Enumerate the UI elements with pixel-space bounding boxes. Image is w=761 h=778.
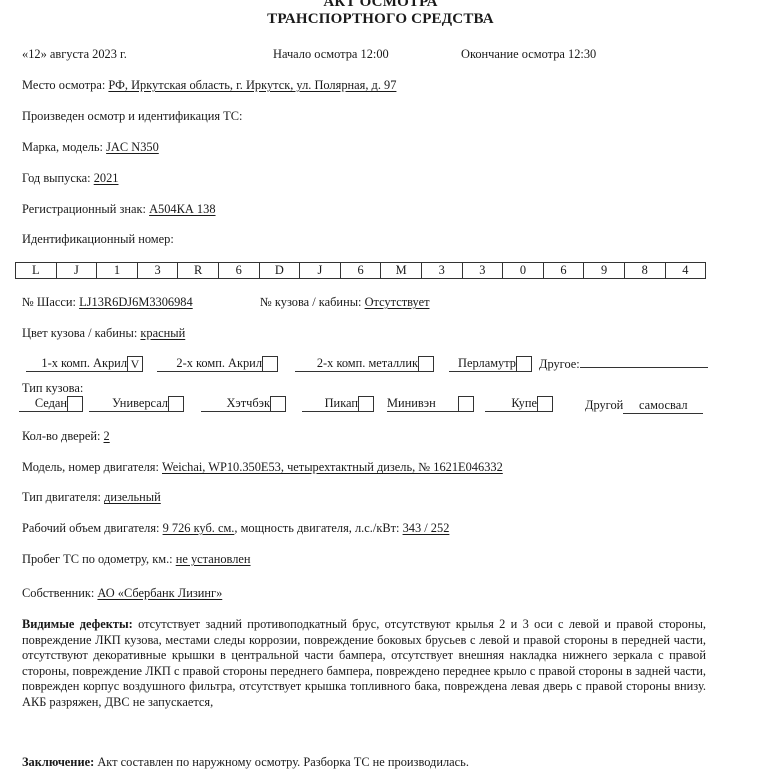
conclusion-row: Заключение: Акт составлен по наружному о… [22, 755, 469, 769]
body-type-label: Тип кузова: [22, 381, 83, 395]
body-color-row: Цвет кузова / кабины: красный [22, 326, 185, 340]
owner-label: Собственник: [22, 586, 94, 600]
body-type-option-label: Минивэн [387, 396, 458, 412]
document-title-line-2: ТРАНСПОРТНОГО СРЕДСТВА [0, 10, 761, 28]
year-row: Год выпуска: 2021 [22, 171, 118, 185]
vin-cell: M [380, 263, 421, 278]
vin-cell: 0 [502, 263, 543, 278]
place-label: Место осмотра: [22, 78, 105, 92]
conclusion-label: Заключение: [22, 755, 94, 769]
year-label: Год выпуска: [22, 171, 91, 185]
start-time: 12:00 [361, 47, 389, 61]
body-type-hatchback[interactable]: Хэтчбэк [201, 396, 286, 412]
body-type-pickup[interactable]: Пикап [302, 396, 374, 412]
body-type-sedan[interactable]: Седан [19, 396, 83, 412]
checkbox[interactable] [168, 396, 184, 412]
chassis-label: № Шасси: [22, 295, 76, 309]
body-type-other: Другойсамосвал [585, 398, 703, 414]
body-color-value: красный [140, 326, 185, 340]
vin-cell: 1 [96, 263, 137, 278]
body-type-other-label: Другой [585, 398, 623, 412]
engine-model-row: Модель, номер двигателя: Weichai, WP10.3… [22, 460, 503, 474]
engine-model-value: Weichai, WP10.350E53, четырехтактный диз… [162, 460, 503, 474]
vin-cell: J [56, 263, 97, 278]
paint-other: Другое: [539, 357, 708, 371]
year-value: 2021 [94, 171, 119, 185]
start-label: Начало осмотра [273, 47, 357, 61]
vin-cell: 6 [218, 263, 259, 278]
body-number-value: Отсутствует [365, 295, 430, 309]
vin-label: Идентификационный номер: [22, 232, 174, 246]
vin-cell: 3 [137, 263, 178, 278]
vin-cell: 9 [583, 263, 624, 278]
checkbox[interactable] [537, 396, 553, 412]
checkbox[interactable] [516, 356, 532, 372]
vin-cell: 4 [665, 263, 706, 278]
paint-option-4[interactable]: Перламутр [449, 356, 532, 372]
make-model-row: Марка, модель: JAC N350 [22, 140, 159, 154]
engine-power-value: 343 / 252 [403, 521, 450, 535]
vin-cell: J [299, 263, 340, 278]
make-model-label: Марка, модель: [22, 140, 103, 154]
paint-other-label: Другое: [539, 357, 580, 371]
body-color-label: Цвет кузова / кабины: [22, 326, 137, 340]
body-number-row: № кузова / кабины: Отсутствует [260, 295, 429, 309]
paint-option-label: 2-х комп. Акрил [157, 356, 262, 372]
checkbox[interactable] [418, 356, 434, 372]
checkbox[interactable] [67, 396, 83, 412]
engine-volume-value: 9 726 куб. см. [163, 521, 235, 535]
place-row: Место осмотра: РФ, Иркутская область, г.… [22, 78, 396, 92]
paint-option-3[interactable]: 2-х комп. металлик [295, 356, 434, 372]
inspection-start: Начало осмотра 12:00 [273, 47, 389, 61]
conclusion-text: Акт составлен по наружному осмотру. Разб… [97, 755, 469, 769]
defects-label: Видимые дефекты: [22, 617, 133, 631]
body-type-option-label: Хэтчбэк [201, 396, 270, 412]
engine-type-label: Тип двигателя: [22, 490, 101, 504]
reg-plate-value: А504КА 138 [149, 202, 215, 216]
body-type-coupe[interactable]: Купе [485, 396, 553, 412]
doors-row: Кол-во дверей: 2 [22, 429, 110, 443]
inspection-note: Произведен осмотр и идентификация ТС: [22, 109, 242, 123]
chassis-value: LJ13R6DJ6M3306984 [79, 295, 193, 309]
paint-other-field[interactable] [580, 366, 708, 368]
make-model-value: JAC N350 [106, 140, 159, 154]
mileage-value: не установлен [176, 552, 251, 566]
reg-plate-row: Регистрационный знак: А504КА 138 [22, 202, 216, 216]
body-type-option-label: Купе [485, 396, 537, 412]
checkbox[interactable] [458, 396, 474, 412]
vin-cell: D [259, 263, 300, 278]
inspection-end: Окончание осмотра 12:30 [461, 47, 596, 61]
paint-option-1[interactable]: 1-х комп. Акрил V [26, 356, 143, 372]
doors-value: 2 [104, 429, 110, 443]
body-type-minivan[interactable]: Минивэн [387, 396, 498, 412]
body-number-label: № кузова / кабины: [260, 295, 361, 309]
vin-cell: 6 [543, 263, 584, 278]
checkbox[interactable] [262, 356, 278, 372]
body-type-option-label: Универсал [89, 396, 168, 412]
checkbox[interactable] [270, 396, 286, 412]
paint-option-label: Перламутр [449, 356, 516, 372]
engine-type-row: Тип двигателя: дизельный [22, 490, 161, 504]
engine-volume-row: Рабочий объем двигателя: 9 726 куб. см.,… [22, 521, 449, 535]
place-value: РФ, Иркутская область, г. Иркутск, ул. П… [108, 78, 396, 92]
body-type-other-field[interactable]: самосвал [623, 398, 703, 414]
vin-table: LJ13R6DJ6M3306984 [15, 262, 706, 279]
vin-cell: 3 [421, 263, 462, 278]
visible-defects: Видимые дефекты: отсутствует задний прот… [22, 617, 706, 711]
mileage-row: Пробег ТС по одометру, км.: не установле… [22, 552, 251, 566]
engine-model-label: Модель, номер двигателя: [22, 460, 159, 474]
engine-power-label: , мощность двигателя, л.с./кВт: [234, 521, 399, 535]
vin-cell: 3 [462, 263, 503, 278]
owner-row: Собственник: АО «Сбербанк Лизинг» [22, 586, 222, 600]
body-type-option-label: Седан [19, 396, 67, 412]
checkbox[interactable] [358, 396, 374, 412]
mileage-label: Пробег ТС по одометру, км.: [22, 552, 173, 566]
vin-cell: 8 [624, 263, 665, 278]
chassis-row: № Шасси: LJ13R6DJ6M3306984 [22, 295, 193, 309]
body-type-option-label: Пикап [302, 396, 358, 412]
vin-cell: R [177, 263, 218, 278]
inspection-date: «12» августа 2023 г. [22, 47, 127, 61]
paint-option-2[interactable]: 2-х комп. Акрил [157, 356, 278, 372]
end-time: 12:30 [568, 47, 596, 61]
engine-volume-label: Рабочий объем двигателя: [22, 521, 159, 535]
owner-value: АО «Сбербанк Лизинг» [97, 586, 222, 600]
vin-cell: 6 [340, 263, 381, 278]
vin-cell: L [16, 263, 56, 278]
body-type-wagon[interactable]: Универсал [89, 396, 184, 412]
paint-option-label: 1-х комп. Акрил [26, 356, 127, 372]
reg-plate-label: Регистрационный знак: [22, 202, 146, 216]
paint-option-label: 2-х комп. металлик [295, 356, 418, 372]
end-label: Окончание осмотра [461, 47, 565, 61]
engine-type-value: дизельный [104, 490, 161, 504]
doors-label: Кол-во дверей: [22, 429, 100, 443]
checkbox-checked[interactable]: V [127, 356, 143, 372]
